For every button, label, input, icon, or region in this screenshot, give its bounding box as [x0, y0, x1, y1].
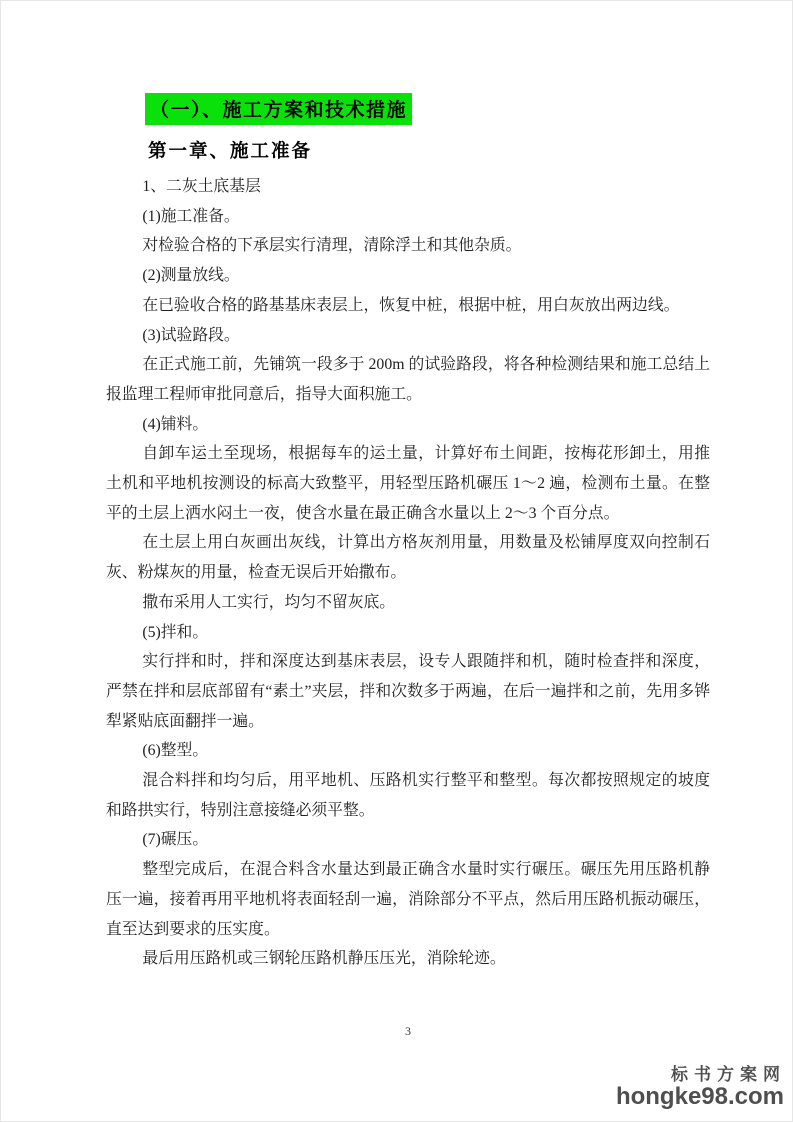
paragraph: 整型完成后，在混合料含水量达到最正确含水量时实行碾压。碾压先用压路机静压一遍，接…: [106, 855, 710, 944]
paragraph: (1)施工准备。: [106, 202, 710, 232]
paragraph: (3)试验路段。: [106, 321, 710, 351]
paragraph: (4)铺料。: [106, 410, 710, 440]
paragraph: 对检验合格的下承层实行清理，清除浮土和其他杂质。: [106, 231, 710, 261]
page-number: 3: [106, 1024, 710, 1039]
watermark-site-name: 标书方案网: [616, 1066, 786, 1084]
paragraph: 在已验收合格的路基基床表层上，恢复中桩，根据中桩，用白灰放出两边线。: [106, 291, 710, 321]
paragraph: 最后用压路机或三钢轮压路机静压压光，消除轮迹。: [106, 944, 710, 974]
paragraph: 自卸车运土至现场，根据每车的运土量，计算好布土间距，按梅花形卸土，用推土机和平地…: [106, 439, 710, 528]
paragraph: (7)碾压。: [106, 825, 710, 855]
paragraph: (6)整型。: [106, 736, 710, 766]
paragraph: (2)测量放线。: [106, 261, 710, 291]
paragraph: 1、二灰土底基层: [106, 172, 710, 202]
document-page: （一）、施工方案和技术措施 第一章、施工准备 1、二灰土底基层(1)施工准备。对…: [0, 0, 793, 1122]
section-title-highlighted: （一）、施工方案和技术措施: [145, 93, 412, 125]
paragraph: 实行拌和时，拌和深度达到基床表层，设专人跟随拌和机，随时检查拌和深度，严禁在拌和…: [106, 647, 710, 736]
paragraph: 在正式施工前，先铺筑一段多于 200m 的试验路段，将各种检测结果和施工总结上报…: [106, 350, 710, 409]
body-paragraphs: 1、二灰土底基层(1)施工准备。对检验合格的下承层实行清理，清除浮土和其他杂质。…: [106, 172, 710, 974]
watermark-logo: 标书方案网 hongke98.com: [616, 1066, 784, 1109]
chapter-title: 第一章、施工准备: [148, 137, 312, 163]
paragraph: (5)拌和。: [106, 618, 710, 648]
paragraph: 混合料拌和均匀后，用平地机、压路机实行整平和整型。每次都按照规定的坡度和路拱实行…: [106, 766, 710, 825]
paragraph: 在土层上用白灰画出灰线，计算出方格灰剂用量，用数量及松铺厚度双向控制石灰、粉煤灰…: [106, 528, 710, 587]
paragraph: 撒布采用人工实行，均匀不留灰底。: [106, 588, 710, 618]
watermark-site-url: hongke98.com: [616, 1084, 784, 1109]
